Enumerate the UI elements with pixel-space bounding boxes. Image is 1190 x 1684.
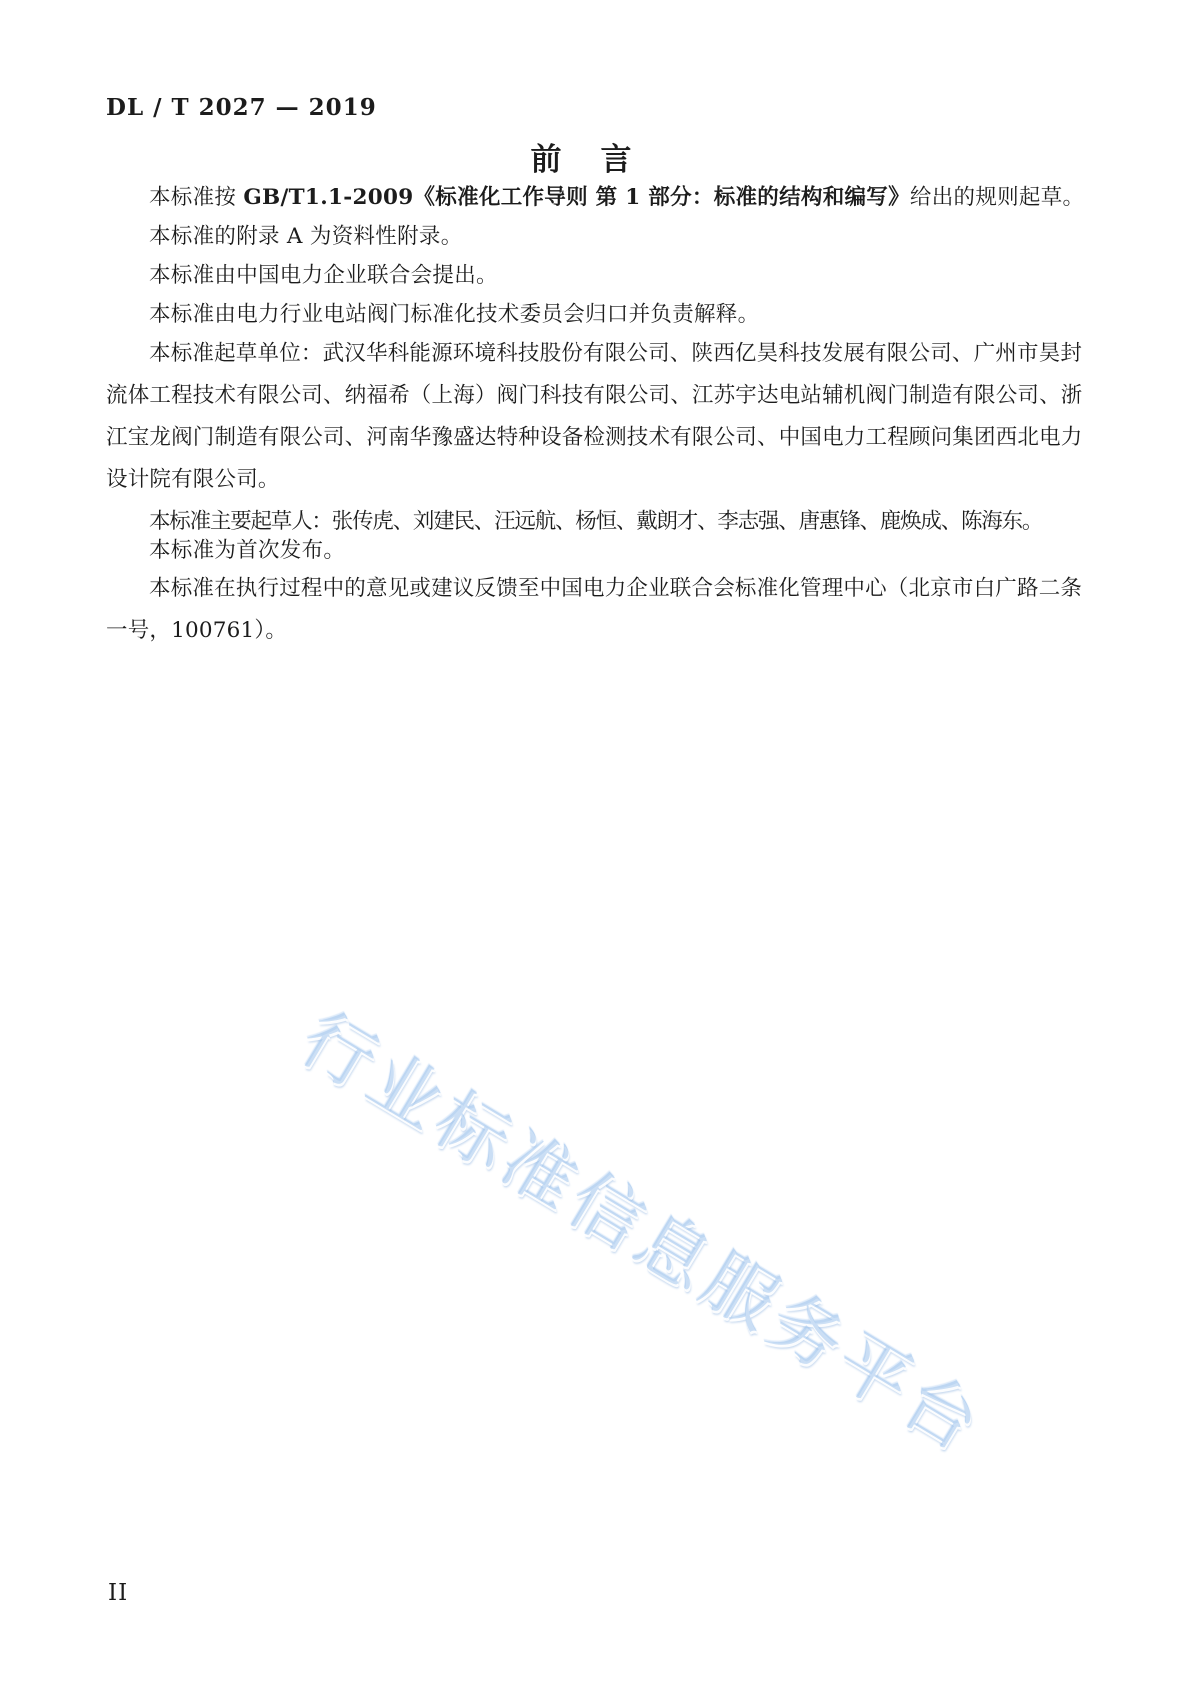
paragraph-administered-by: 本标准由电力行业电站阀门标准化技术委员会归口并负责解释。 bbox=[106, 301, 1088, 329]
paragraph-drafting-rule-suffix: 给出的规则起草。 bbox=[910, 185, 1084, 210]
paragraph-drafting-organizations: 本标准起草单位：武汉华科能源环境科技股份有限公司、陕西亿昊科技发展有限公司、广州… bbox=[106, 333, 1088, 501]
paragraph-drafting-rule: 本标准按 GB/T1.1-2009《标准化工作导则 第 1 部分：标准的结构和编… bbox=[106, 184, 1088, 212]
foreword-title: 前 言 bbox=[0, 134, 1166, 179]
paragraph-feedback-address: 本标准在执行过程中的意见或建议反馈至中国电力企业联合会标准化管理中心（北京市白广… bbox=[106, 568, 1088, 652]
page-number: II bbox=[108, 1580, 128, 1606]
paragraph-first-issue: 本标准为首次发布。 bbox=[106, 537, 1088, 565]
document-page: DL / T 2027 — 2019 前 言 本标准按 GB/T1.1-2009… bbox=[0, 0, 1190, 1684]
paragraph-proposed-by: 本标准由中国电力企业联合会提出。 bbox=[106, 262, 1088, 290]
paragraph-drafting-rule-prefix: 本标准按 bbox=[149, 185, 243, 210]
cited-standard-reference: GB/T1.1-2009《标准化工作导则 第 1 部分：标准的结构和编写》 bbox=[243, 185, 910, 210]
paragraph-main-drafters: 本标准主要起草人：张传虎、刘建民、汪远航、杨恒、戴朗才、李志强、唐惠锋、鹿焕成、… bbox=[106, 508, 1088, 536]
paragraph-annex-note: 本标准的附录 A 为资料性附录。 bbox=[106, 223, 1088, 251]
industry-standard-watermark: 行业标准信息服务平台 bbox=[284, 982, 1006, 1473]
standard-number-header: DL / T 2027 — 2019 bbox=[106, 94, 377, 121]
